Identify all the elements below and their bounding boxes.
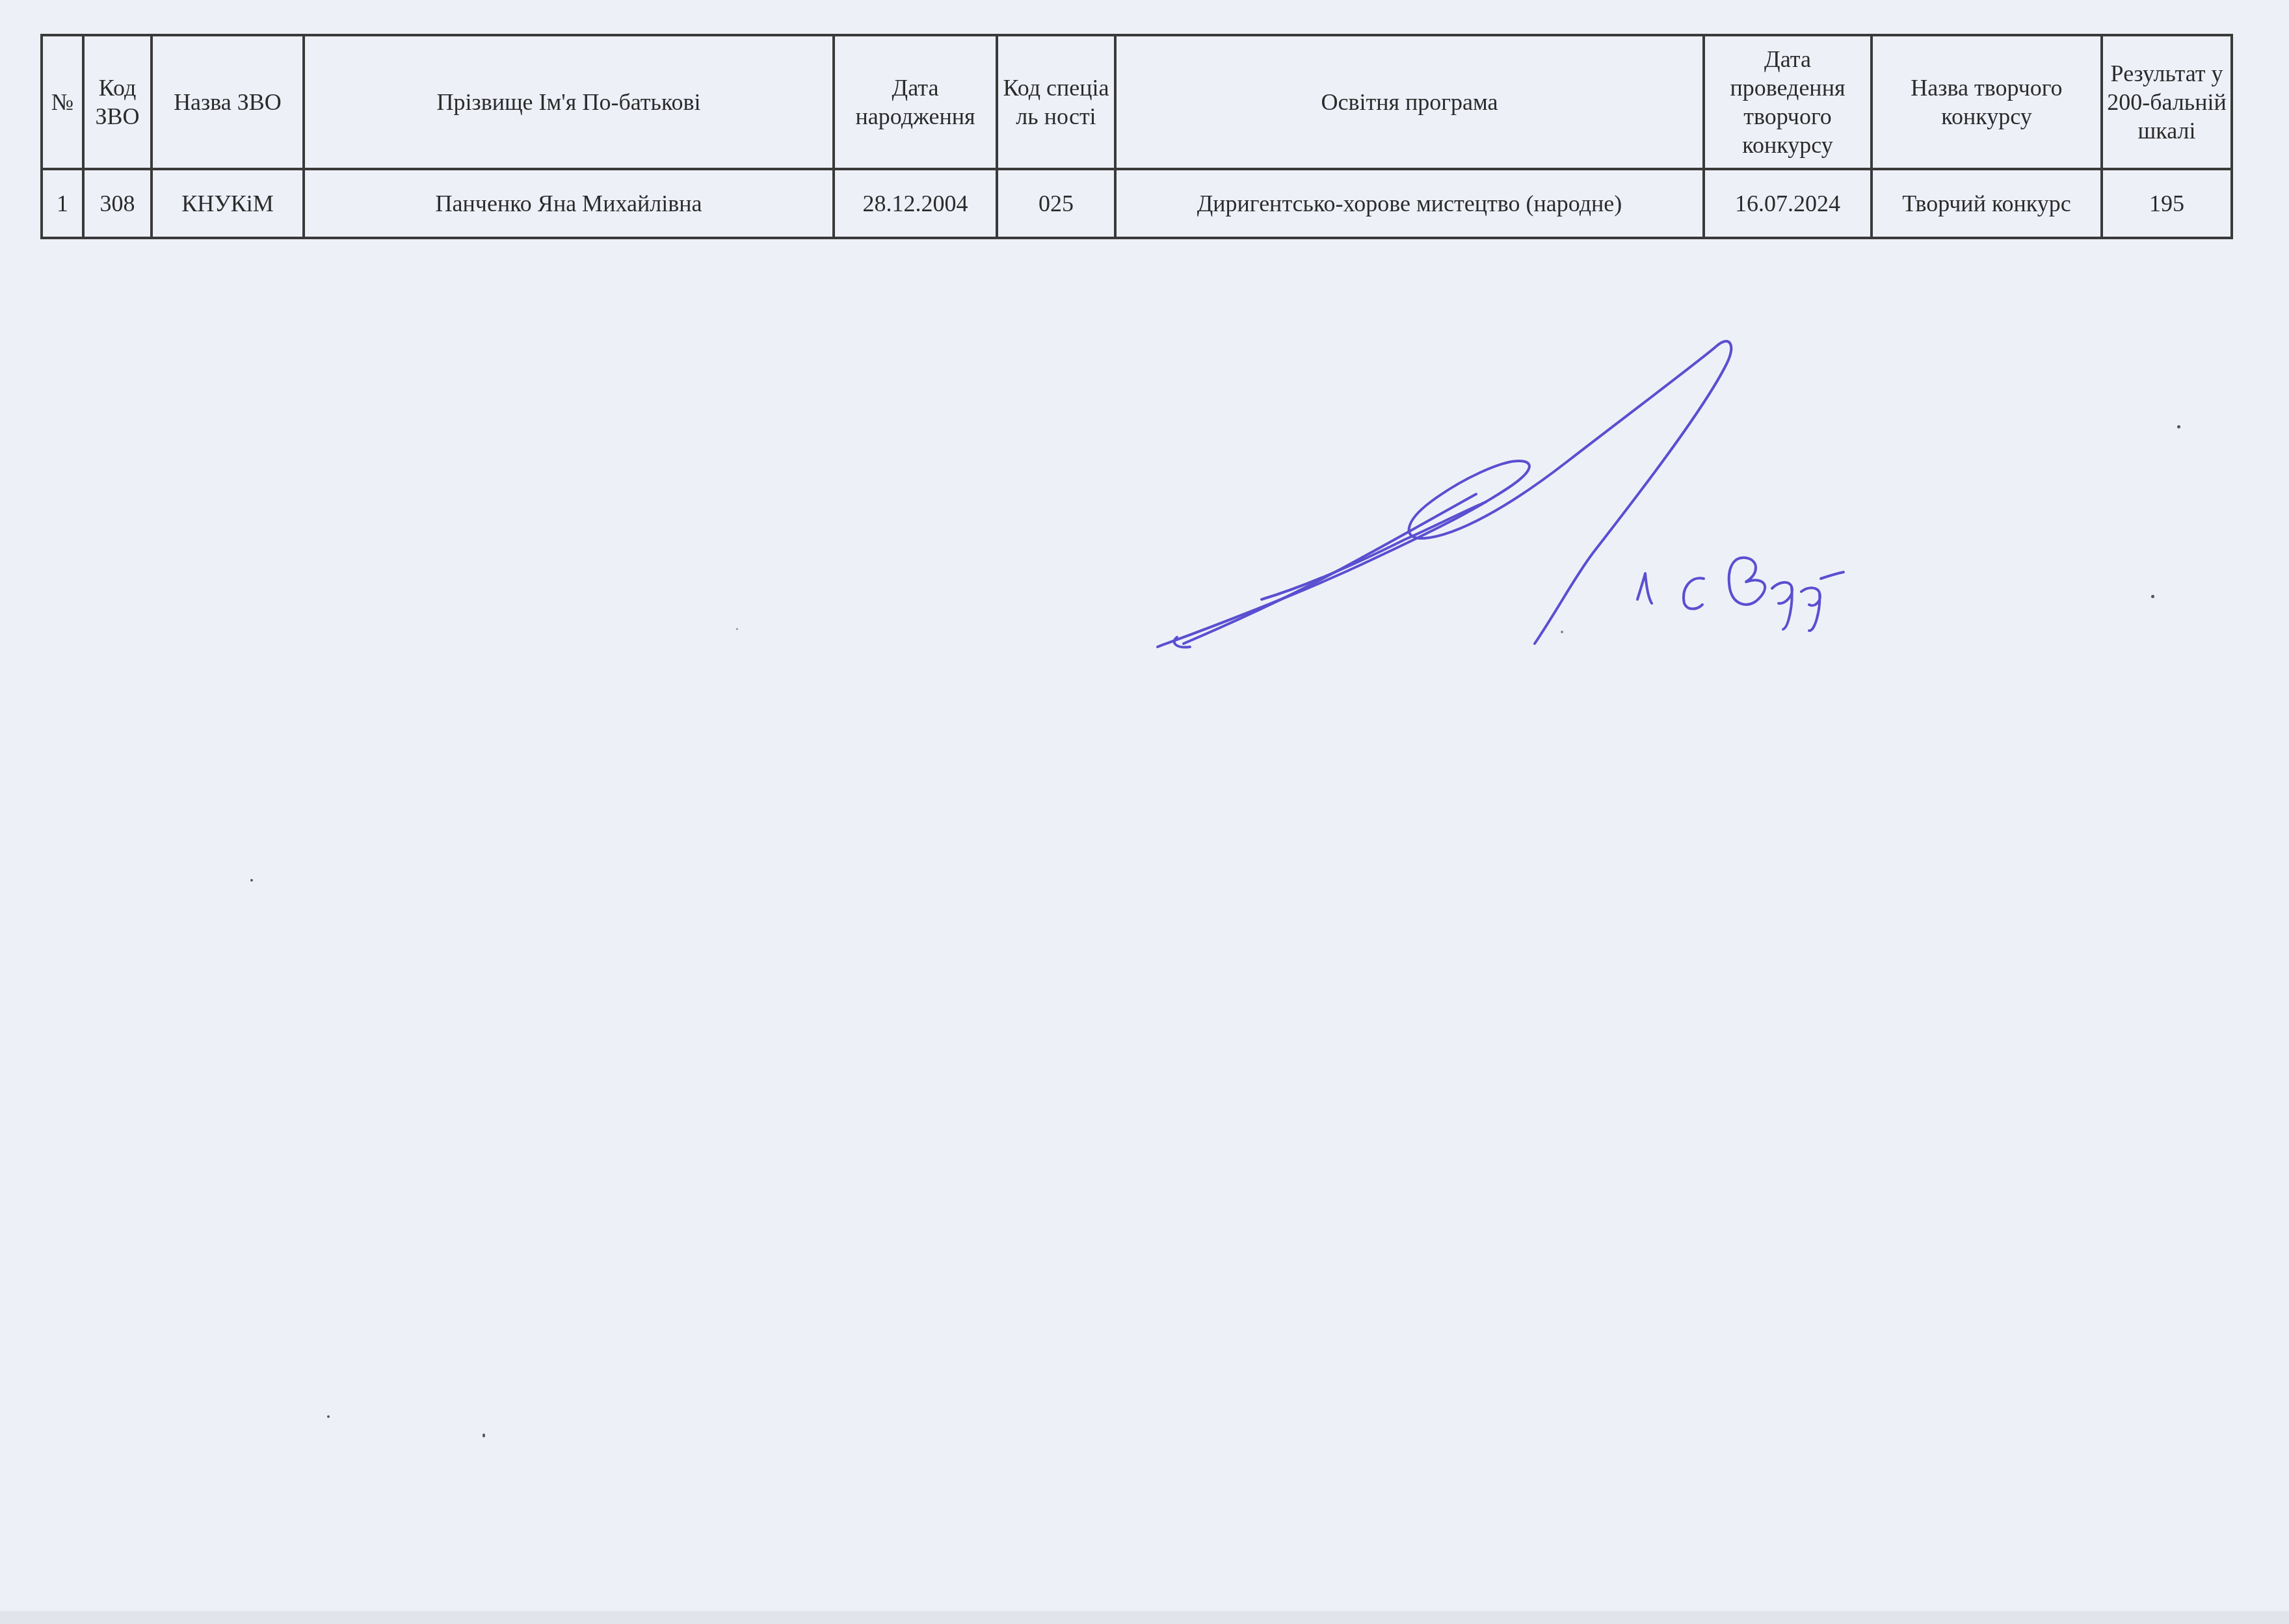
scan-speck <box>2151 595 2154 598</box>
scan-speck <box>2177 425 2180 428</box>
cell-contest-date: 16.07.2024 <box>1704 169 1872 238</box>
scan-speck <box>250 879 253 882</box>
cell-institution-name: КНУКіМ <box>152 169 304 238</box>
header-score: Результат у 200-бальній шкалі <box>2102 35 2232 169</box>
cell-specialty-code: 025 <box>997 169 1115 238</box>
page-bottom-edge <box>0 1611 2289 1624</box>
results-table: № Код ЗВО Назва ЗВО Прізвище Ім'я По-бат… <box>40 34 2233 239</box>
header-institution-name: Назва ЗВО <box>152 35 304 169</box>
header-full-name: Прізвище Ім'я По-батькові <box>304 35 834 169</box>
scan-speck <box>1561 631 1563 633</box>
signature-icon <box>1144 332 2120 735</box>
header-specialty-code: Код спеціаль ності <box>997 35 1115 169</box>
cell-score: 195 <box>2102 169 2232 238</box>
cell-full-name: Панченко Яна Михайлівна <box>304 169 834 238</box>
header-birth-date: Дата народження <box>834 35 997 169</box>
header-program: Освітня програма <box>1115 35 1704 169</box>
cell-number: 1 <box>42 169 83 238</box>
scan-speck <box>483 1434 485 1437</box>
table-row: 1 308 КНУКіМ Панченко Яна Михайлівна 28.… <box>42 169 2232 238</box>
cell-birth-date: 28.12.2004 <box>834 169 997 238</box>
header-contest-date: Дата проведення творчого конкурсу <box>1704 35 1872 169</box>
table-header-row: № Код ЗВО Назва ЗВО Прізвище Ім'я По-бат… <box>42 35 2232 169</box>
scan-speck <box>736 628 738 630</box>
header-contest-name: Назва творчого конкурсу <box>1872 35 2102 169</box>
scan-speck <box>327 1415 330 1418</box>
scanned-page <box>0 0 2289 1611</box>
header-number: № <box>42 35 83 169</box>
cell-program: Диригентсько-хорове мистецтво (народне) <box>1115 169 1704 238</box>
header-institution-code: Код ЗВО <box>83 35 152 169</box>
cell-contest-name: Творчий конкурс <box>1872 169 2102 238</box>
cell-institution-code: 308 <box>83 169 152 238</box>
